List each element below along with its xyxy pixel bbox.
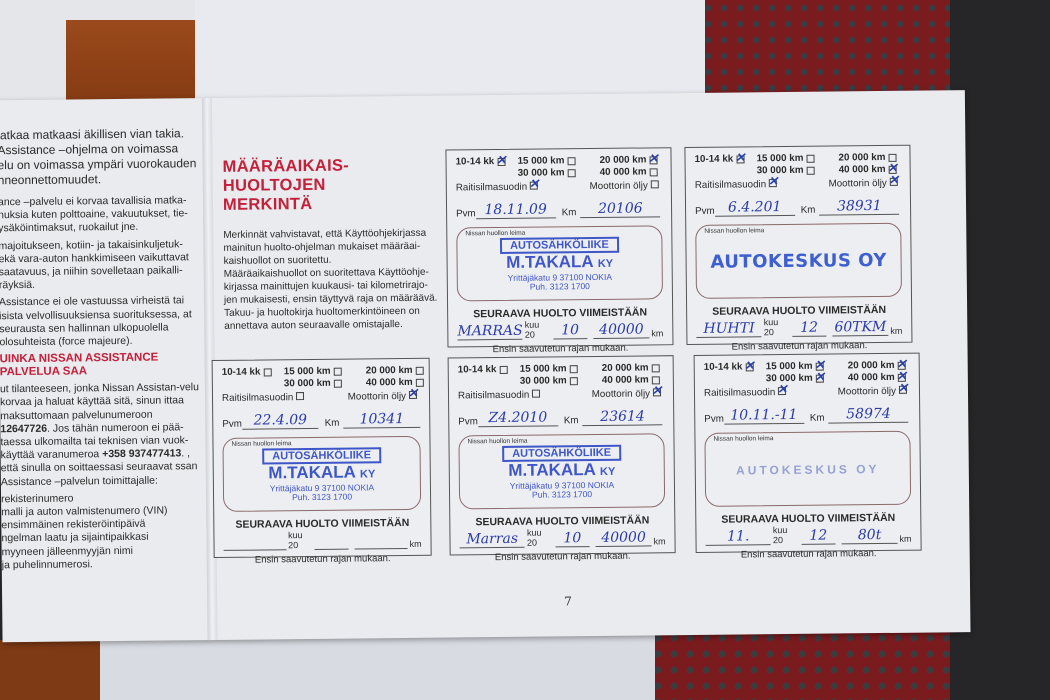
km-unit-label: km [653, 536, 665, 546]
dealer-stamp: AUTOSÄHKÖLIIKE M.TAKALA KY Yrittäjäkatu … [262, 448, 381, 503]
next-month-field[interactable] [223, 533, 286, 551]
month-suffix-label: kuu 20 [527, 527, 553, 547]
service-options: 10-14 kk 15 000 km 20 000 km 30 000 km 4… [222, 365, 420, 390]
air-filter-checkbox[interactable] [530, 182, 538, 190]
months-label: 10-14 kk [222, 367, 261, 378]
km30-label: 30 000 km [284, 378, 331, 389]
next-service-title: SEURAAVA HUOLTO VIIMEISTÄÄN [459, 514, 665, 528]
left-paragraph: ance –palvelu ei korvaa tavallisia matka… [0, 194, 198, 236]
stamp-label: Nissan huollon leima [713, 435, 773, 443]
km15-checkbox[interactable] [570, 365, 578, 373]
km30-label: 30 000 km [766, 373, 813, 384]
left-lead-text: jatkaa matkaasi äkillisen vian takia. As… [0, 126, 198, 188]
km40-label: 40 000 km [839, 164, 886, 175]
odometer-field[interactable]: 10341 [343, 411, 420, 429]
service-record-card: 10-14 kk 15 000 km 20 000 km 30 000 km 4… [684, 145, 912, 345]
backup-number: +358 937477413 [102, 448, 181, 461]
air-filter-label: Raitisilmasuodin [704, 387, 775, 399]
intro-section: MÄÄRÄAIKAIS- HUOLTOJEN MERKINTÄ Merkinnä… [223, 156, 440, 333]
months-label: 10-14 kk [455, 156, 494, 167]
km-label: Km [564, 415, 579, 426]
stamp-area: Nissan huollon leima AUTOSÄHKÖLIIKE M.TA… [222, 436, 421, 512]
list-item: ja puhelinnumerosi. [2, 557, 202, 572]
service-options: 10-14 kk 15 000 km 20 000 km 30 000 km 4… [694, 152, 900, 177]
air-filter-label: Raitisilmasuodin [222, 392, 293, 404]
km-unit-label: km [899, 534, 911, 544]
stamp-area: Nissan huollon leima AUTOSÄHKÖLIIKE M.TA… [458, 433, 665, 509]
km-label: Km [562, 207, 577, 218]
air-filter-label: Raitisilmasuodin [458, 390, 529, 402]
odometer-field[interactable]: 58974 [828, 406, 908, 424]
next-month-field[interactable]: Marras [459, 531, 525, 549]
next-service-title: SEURAAVA HUOLTO VIIMEISTÄÄN [705, 512, 911, 526]
assistance-heading: UINKA NISSAN ASSISTANCE PALVELUA SAA [0, 351, 200, 379]
km-unit-label: km [890, 326, 902, 336]
km40-label: 40 000 km [600, 166, 647, 177]
km20-label: 20 000 km [602, 362, 649, 373]
km20-label: 20 000 km [838, 152, 885, 163]
km15-label: 15 000 km [756, 153, 803, 164]
months-checkbox[interactable] [736, 155, 744, 163]
contact-text: ut tilanteeseen, jonka Nissan Assistan-v… [0, 381, 201, 489]
left-page: jatkaa matkaasi äkillisen vian takia. As… [0, 126, 202, 572]
card-footer: Ensin saavutetun rajan mukaan. [460, 550, 666, 563]
air-filter-checkbox[interactable] [532, 390, 540, 398]
service-record-card: 10-14 kk 15 000 km 20 000 km 30 000 km 4… [694, 353, 922, 553]
stamp-area: Nissan huollon leima AUTOKESKUS OY [704, 431, 911, 507]
next-service-title: SEURAAVA HUOLTO VIIMEISTÄÄN [457, 306, 663, 320]
next-km-field[interactable]: 60TKM [832, 319, 888, 337]
next-month-field[interactable]: 11. [705, 528, 771, 546]
km15-checkbox[interactable] [567, 157, 575, 165]
stamp-label: Nissan huollon leima [704, 227, 764, 235]
oil-label: Moottorin öljy [348, 391, 406, 403]
dealer-stamp: AUTOKESKUS OY [736, 460, 880, 480]
months-label: 10-14 kk [694, 154, 733, 165]
oil-label: Moottorin öljy [592, 388, 650, 400]
oil-checkbox[interactable] [409, 391, 417, 399]
date-label: Pvm [222, 419, 242, 430]
date-field[interactable]: 18.11.09 [476, 201, 556, 219]
background-paper-bottom [100, 630, 655, 700]
next-year-field[interactable]: 10 [555, 530, 590, 547]
next-year-field[interactable]: 12 [801, 527, 836, 544]
date-field[interactable]: 6.4.201 [715, 199, 795, 217]
service-booklet: jatkaa matkaasi äkillisen vian takia. As… [0, 90, 971, 642]
month-suffix-label: kuu 20 [288, 530, 313, 550]
months-checkbox[interactable] [499, 365, 507, 373]
next-service-title: SEURAAVA HUOLTO VIIMEISTÄÄN [223, 517, 421, 531]
odometer-field[interactable]: 23614 [582, 408, 662, 426]
air-filter-checkbox[interactable] [778, 387, 786, 395]
date-field[interactable]: Z4.2010 [478, 409, 558, 427]
page-number: 7 [564, 594, 572, 608]
oil-checkbox[interactable] [651, 180, 659, 188]
date-field[interactable]: 22.4.09 [242, 412, 319, 430]
odometer-field[interactable]: 20106 [580, 200, 660, 218]
service-record-card: 10-14 kk 15 000 km 20 000 km 30 000 km 4… [448, 355, 676, 555]
date-label: Pvm [695, 206, 715, 217]
next-month-field[interactable]: MARRAS [457, 323, 523, 341]
km15-checkbox[interactable] [334, 367, 342, 375]
km-label: Km [325, 418, 340, 429]
months-label: 10-14 kk [458, 364, 497, 375]
air-filter-checkbox[interactable] [296, 392, 304, 400]
service-record-card: 10-14 kk 15 000 km 20 000 km 30 000 km 4… [212, 358, 432, 558]
month-suffix-label: kuu 20 [773, 525, 799, 545]
stamp-area: Nissan huollon leima AUTOSÄHKÖLIIKE M.TA… [456, 225, 663, 301]
oil-label: Moottorin öljy [838, 386, 896, 398]
wood-surface-bottom [0, 640, 100, 700]
dealer-stamp: AUTOSÄHKÖLIIKE M.TAKALA KY Yrittäjäkatu … [502, 445, 621, 500]
km30-label: 30 000 km [518, 167, 565, 178]
km-label: Km [810, 413, 825, 424]
next-year-field[interactable] [315, 533, 348, 550]
service-options: 10-14 kk 15 000 km 20 000 km 30 000 km 4… [455, 154, 661, 179]
km20-label: 20 000 km [366, 365, 413, 376]
oil-label: Moottorin öljy [828, 178, 886, 190]
red-fabric-background-bottom [650, 630, 950, 700]
next-km-field[interactable]: 80t [842, 527, 898, 545]
km15-label: 15 000 km [517, 155, 564, 166]
odometer-field[interactable]: 38931 [819, 198, 899, 216]
air-filter-checkbox[interactable] [769, 179, 777, 187]
km15-checkbox[interactable] [806, 154, 814, 162]
km30-label: 30 000 km [757, 165, 804, 176]
card-footer: Ensin saavutetun rajan mukaan. [457, 342, 663, 355]
service-options: 10-14 kk 15 000 km 20 000 km 30 000 km 4… [704, 360, 910, 385]
km20-checkbox[interactable] [416, 366, 424, 374]
oil-checkbox[interactable] [653, 388, 661, 396]
km30-checkbox[interactable] [567, 169, 575, 177]
next-service-title: SEURAAVA HUOLTO VIIMEISTÄÄN [696, 304, 902, 318]
date-label: Pvm [704, 414, 724, 425]
oil-label: Moottorin öljy [589, 180, 647, 192]
page-title: MÄÄRÄAIKAIS- HUOLTOJEN MERKINTÄ [223, 156, 439, 215]
stamp-area: Nissan huollon leima AUTOKESKUS OY [695, 223, 902, 299]
oil-checkbox[interactable] [890, 178, 898, 186]
next-km-field[interactable] [354, 532, 408, 550]
km20-label: 20 000 km [599, 154, 646, 165]
km30-checkbox[interactable] [816, 374, 824, 382]
month-suffix-label: kuu 20 [525, 319, 551, 339]
card-footer: Ensin saavutetun rajan mukaan. [224, 553, 422, 566]
km15-label: 15 000 km [766, 361, 813, 372]
next-month-field[interactable]: HUHTI [696, 320, 762, 338]
date-label: Pvm [458, 416, 478, 427]
dealer-stamp: AUTOSÄHKÖLIIKE M.TAKALA KY Yrittäjäkatu … [500, 237, 619, 292]
air-filter-label: Raitisilmasuodin [456, 182, 527, 194]
km30-checkbox[interactable] [334, 379, 342, 387]
card-footer: Ensin saavutetun rajan mukaan. [706, 548, 912, 561]
km-unit-label: km [410, 539, 422, 549]
months-checkbox[interactable] [263, 368, 271, 376]
month-suffix-label: kuu 20 [764, 317, 790, 337]
left-paragraph: majoitukseen, kotiin- ja takaisinkuljetu… [0, 238, 199, 293]
km20-label: 20 000 km [848, 360, 895, 371]
info-list: rekisterinumero malli ja auton valmisten… [1, 491, 202, 572]
km40-checkbox[interactable] [649, 168, 657, 176]
km15-label: 15 000 km [520, 363, 567, 374]
stamp-label: Nissan huollon leima [465, 230, 525, 238]
km30-checkbox[interactable] [570, 377, 578, 385]
intro-body: Merkinnät vahvistavat, että Käyttöohjeki… [223, 227, 439, 333]
km15-label: 15 000 km [284, 366, 331, 377]
next-km-field[interactable]: 40000 [593, 321, 649, 339]
km30-label: 30 000 km [520, 375, 567, 386]
km40-label: 40 000 km [602, 374, 649, 385]
months-label: 10-14 kk [704, 361, 743, 372]
oil-checkbox[interactable] [899, 386, 907, 394]
air-filter-label: Raitisilmasuodin [695, 179, 766, 191]
left-paragraph: Assistance ei ole vastuussa virheistä ta… [0, 295, 199, 350]
km20-checkbox[interactable] [652, 364, 660, 372]
free-number: 12647726 [0, 423, 47, 435]
dealer-stamp: AUTOKESKUS OY [710, 252, 887, 272]
next-year-field[interactable]: 12 [792, 320, 827, 337]
stamp-label: Nissan huollon leima [467, 438, 527, 446]
km20-checkbox[interactable] [649, 156, 657, 164]
km30-checkbox[interactable] [806, 166, 814, 174]
date-label: Pvm [456, 208, 476, 219]
card-footer: Ensin saavutetun rajan mukaan. [696, 340, 902, 353]
stamp-label: Nissan huollon leima [231, 440, 291, 448]
next-year-field[interactable]: 10 [553, 322, 588, 339]
km40-label: 40 000 km [366, 377, 413, 388]
next-km-field[interactable]: 40000 [596, 529, 652, 547]
km40-label: 40 000 km [848, 372, 895, 383]
date-field[interactable]: 10.11.-11 [724, 407, 804, 425]
km-label: Km [801, 205, 816, 216]
months-checkbox[interactable] [497, 157, 505, 165]
km-unit-label: km [651, 328, 663, 338]
service-record-card: 10-14 kk 15 000 km 20 000 km 30 000 km 4… [445, 147, 673, 347]
months-checkbox[interactable] [745, 363, 753, 371]
service-options: 10-14 kk 15 000 km 20 000 km 30 000 km 4… [458, 362, 664, 387]
